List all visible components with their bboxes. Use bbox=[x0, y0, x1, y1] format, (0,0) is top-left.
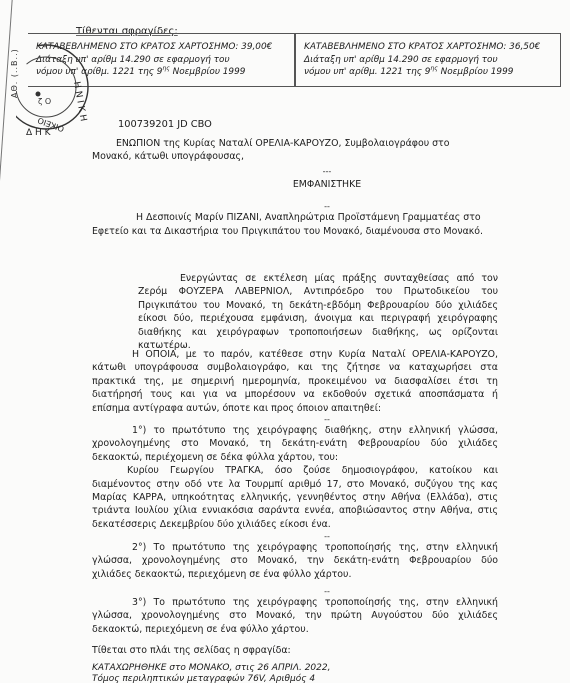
stamp-right-line1: ΚΑΤΑΒΕΒΛΗΜΕΝΟ ΣΤΟ ΚΡΑΤΟΣ ΧΑΡΤΟΣΗΜΟ: 36,5… bbox=[304, 41, 554, 54]
svg-text:Δ Η Κ: Δ Η Κ bbox=[26, 128, 52, 138]
svg-text:ζ Ο: ζ Ο bbox=[38, 97, 51, 106]
text-line: χιλιάδες δεκαοκτώ, περιεχόμενη σε ένα φύ… bbox=[92, 568, 351, 581]
p1-line1: ΕΝΩΠΙΟΝ της Κυρίας Ναταλί ΟΡΕΛΙΑ-ΚΑΡΟΥΖΟ… bbox=[116, 137, 449, 150]
section-heading: ΕΜΦΑΝΙΣΤΗΚΕ bbox=[92, 178, 562, 191]
stamp-left-line1: ΚΑΤΑΒΕΒΛΗΜΕΝΟ ΣΤΟ ΚΡΑΤΟΣ ΧΑΡΤΟΣΗΜΟ: 39,0… bbox=[36, 41, 288, 54]
text-line: Πριγκιπάτου του Μονακό, τη δεκάτη-εβδόμη… bbox=[138, 299, 498, 312]
text-line: Μαρίας ΚΑΡΡΑ, υπηκοότητας ελληνικής, γεν… bbox=[92, 491, 498, 504]
text-line: 1°) το πρωτότυπο της χειρόγραφης διαθήκη… bbox=[132, 424, 498, 437]
p2-line2: Εφετείο και τα Δικαστήρια του Πριγκιπάτο… bbox=[92, 225, 483, 238]
text-line: Κυρίου Γεωργίου ΤΡΑΓΚΑ, όσο ζούσε δημοσι… bbox=[127, 464, 498, 477]
text-line: τριάντα Ιουλίου χίλια εννιακόσια σαράντα… bbox=[92, 504, 498, 517]
tax-stamp-right: ΚΑΤΑΒΕΒΛΗΜΕΝΟ ΣΤΟ ΚΡΑΤΟΣ ΧΑΡΤΟΣΗΜΟ: 36,5… bbox=[295, 33, 561, 87]
text-line: διαθήκης και χειρόγραφων τροποποιήσεων δ… bbox=[138, 326, 498, 339]
tax-stamp-left: ΚΑΤΑΒΕΒΛΗΜΕΝΟ ΣΤΟ ΚΡΑΤΟΣ ΧΑΡΤΟΣΗΜΟ: 39,0… bbox=[28, 33, 295, 87]
stamp-right-line2: Διάταξη υπ' αρίθμ 14.290 σε εφαρμογή του bbox=[304, 54, 554, 67]
text-line: είκοσι δύο, περιέχουσα εμφάνιση, άνοιγμα… bbox=[138, 312, 498, 325]
p2-line1: Η Δεσποινίς Μαρίν ΠΙΖΑΝΙ, Αναπληρώτρια Π… bbox=[136, 211, 481, 224]
text-line: γλώσσα, χρονολογημένης στο Μονακό, την δ… bbox=[92, 554, 498, 567]
text-line: 3°) Το πρωτότυπο της χειρόγραφης τροποπο… bbox=[132, 596, 498, 609]
text-line: πρακτικά της, με σημερινή ημερομηνία, πρ… bbox=[92, 375, 498, 388]
text-line: Ενεργώντας σε εκτέλεση μίας πράξης συντα… bbox=[180, 272, 498, 285]
text-line: 2°) Το πρωτότυπο της χειρόγραφης τροποπο… bbox=[132, 541, 498, 554]
seal-note: Τίθεται στο πλάι της σελίδας η σφραγίδα: bbox=[92, 644, 291, 657]
separator: --- bbox=[92, 165, 562, 178]
text-line: κάτωθι υπογράφουσα συμβολαιογράφο, και τ… bbox=[92, 361, 498, 374]
text-line: χρονολογημένης στο Μονακό, τη δεκάτη-ενά… bbox=[92, 437, 498, 450]
text-line: Η ΟΠΟΙΑ, με το παρόν, κατέθεσε στην Κυρί… bbox=[132, 348, 498, 361]
text-line: Ζερόμ ΦΟΥΖΕΡΑ ΛΑΒΕΡΝΙΟΛ, Αντιπρόεδρο του… bbox=[138, 285, 498, 298]
document-reference: 100739201 JD CBO bbox=[118, 118, 212, 131]
stamp-right-line3: νόμου υπ' αρίθμ. 1221 της 9ης Νοεμβρίου … bbox=[304, 66, 554, 79]
document-page: ΑΘ. (..Β..) Τίθενται σφραγίδες: ΚΑΤΑΒΕΒΛ… bbox=[0, 0, 570, 683]
stamp-left-line3: νόμου υπ' αρίθμ. 1221 της 9ης Νοεμβρίου … bbox=[36, 66, 288, 79]
text-line: δεκαοκτώ, περιεχόμενη σε ένα φύλλο χάρτο… bbox=[92, 623, 309, 636]
p1-line2: Μονακό, κάτωθι υπογράφουσας, bbox=[92, 150, 244, 163]
svg-text:ΟΙΚΕΙΟ: ΟΙΚΕΙΟ bbox=[36, 116, 65, 134]
side-handwritten-note: ΑΘ. (..Β..) bbox=[10, 28, 30, 98]
margin-line bbox=[0, 0, 13, 683]
text-line: διαμένοντος στην οδό ντε λα Τουρμπί αριθ… bbox=[92, 478, 498, 491]
text-line: δεκαοκτώ, περιέχομενη σε δέκα φύλλα χάρτ… bbox=[92, 451, 338, 464]
registration-line2: Τόμος περιληπτικών μεταγραφών 76V, Αριθμ… bbox=[92, 673, 315, 683]
text-line: γλώσσα, χρονολογημένης στο Μονακό, την π… bbox=[92, 609, 498, 622]
text-line: διατήρησή τους και για να μπορέσουν να ε… bbox=[92, 388, 498, 401]
